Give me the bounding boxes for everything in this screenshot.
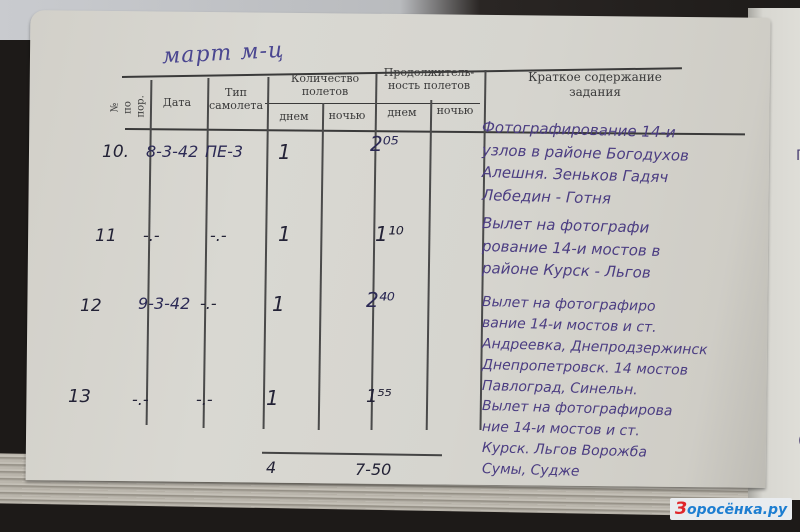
row-task: Вылет на фотографирова ние 14-и мостов и… — [482, 396, 752, 480]
watermark-text: оросёнка.ру — [687, 502, 787, 518]
row-flights-day: 1 — [272, 292, 285, 316]
row-duration-day: 2⁴⁰ — [366, 288, 395, 312]
row-duration-day: 1⁵⁵ — [366, 386, 392, 407]
row-task: Фотографирование 14-и узлов в районе Бог… — [482, 116, 752, 206]
header-task: Краткое содержание задания — [515, 70, 675, 100]
total-flights-day: 4 — [266, 458, 276, 477]
row-num: 10. — [102, 142, 129, 162]
row-num: 11 — [95, 226, 117, 246]
row-flights-day: 1 — [278, 140, 291, 164]
row-date: -.- — [132, 390, 149, 409]
row-flights-day: 1 — [278, 222, 291, 246]
site-watermark: Зоросёнка.ру — [670, 498, 792, 520]
facing-page-mark: Г — [796, 148, 800, 164]
header-flights-night: ночью — [322, 109, 372, 122]
row-aircraft: ПЕ-3 — [205, 142, 243, 161]
row-date: 9-3-42 — [138, 294, 190, 313]
header-duration-night: ночью — [430, 104, 480, 117]
watermark-logo-letter: З — [675, 499, 687, 519]
row-aircraft: -.- — [210, 226, 227, 245]
row-duration-day: 2⁰⁵ — [370, 132, 399, 156]
row-date: 8-3-42 — [146, 142, 198, 161]
total-duration-day: 7-50 — [355, 460, 391, 479]
header-aircraft: Тип самолета — [207, 86, 265, 112]
header-flights: Количество полетов — [280, 72, 370, 98]
row-aircraft: -.- — [200, 294, 217, 313]
header-duration: Продолжитель-ность полетов — [376, 66, 482, 92]
header-flights-day: днем — [270, 110, 318, 123]
row-duration-day: 1¹⁰ — [375, 222, 404, 246]
row-task: Вылет на фотографи рование 14-и мостов в… — [482, 212, 752, 280]
row-date: -.- — [143, 226, 160, 245]
row-num: 12 — [80, 296, 102, 316]
row-aircraft: -.- — [196, 390, 213, 409]
row-flights-day: 1 — [266, 386, 279, 410]
header-num: № по пор. — [109, 98, 148, 118]
header-date: Дата — [152, 96, 202, 109]
header-duration-day: днем — [378, 106, 426, 119]
row-task: Вылет на фотографиро вание 14-и мостов и… — [482, 292, 752, 397]
row-num: 13 — [68, 386, 91, 407]
